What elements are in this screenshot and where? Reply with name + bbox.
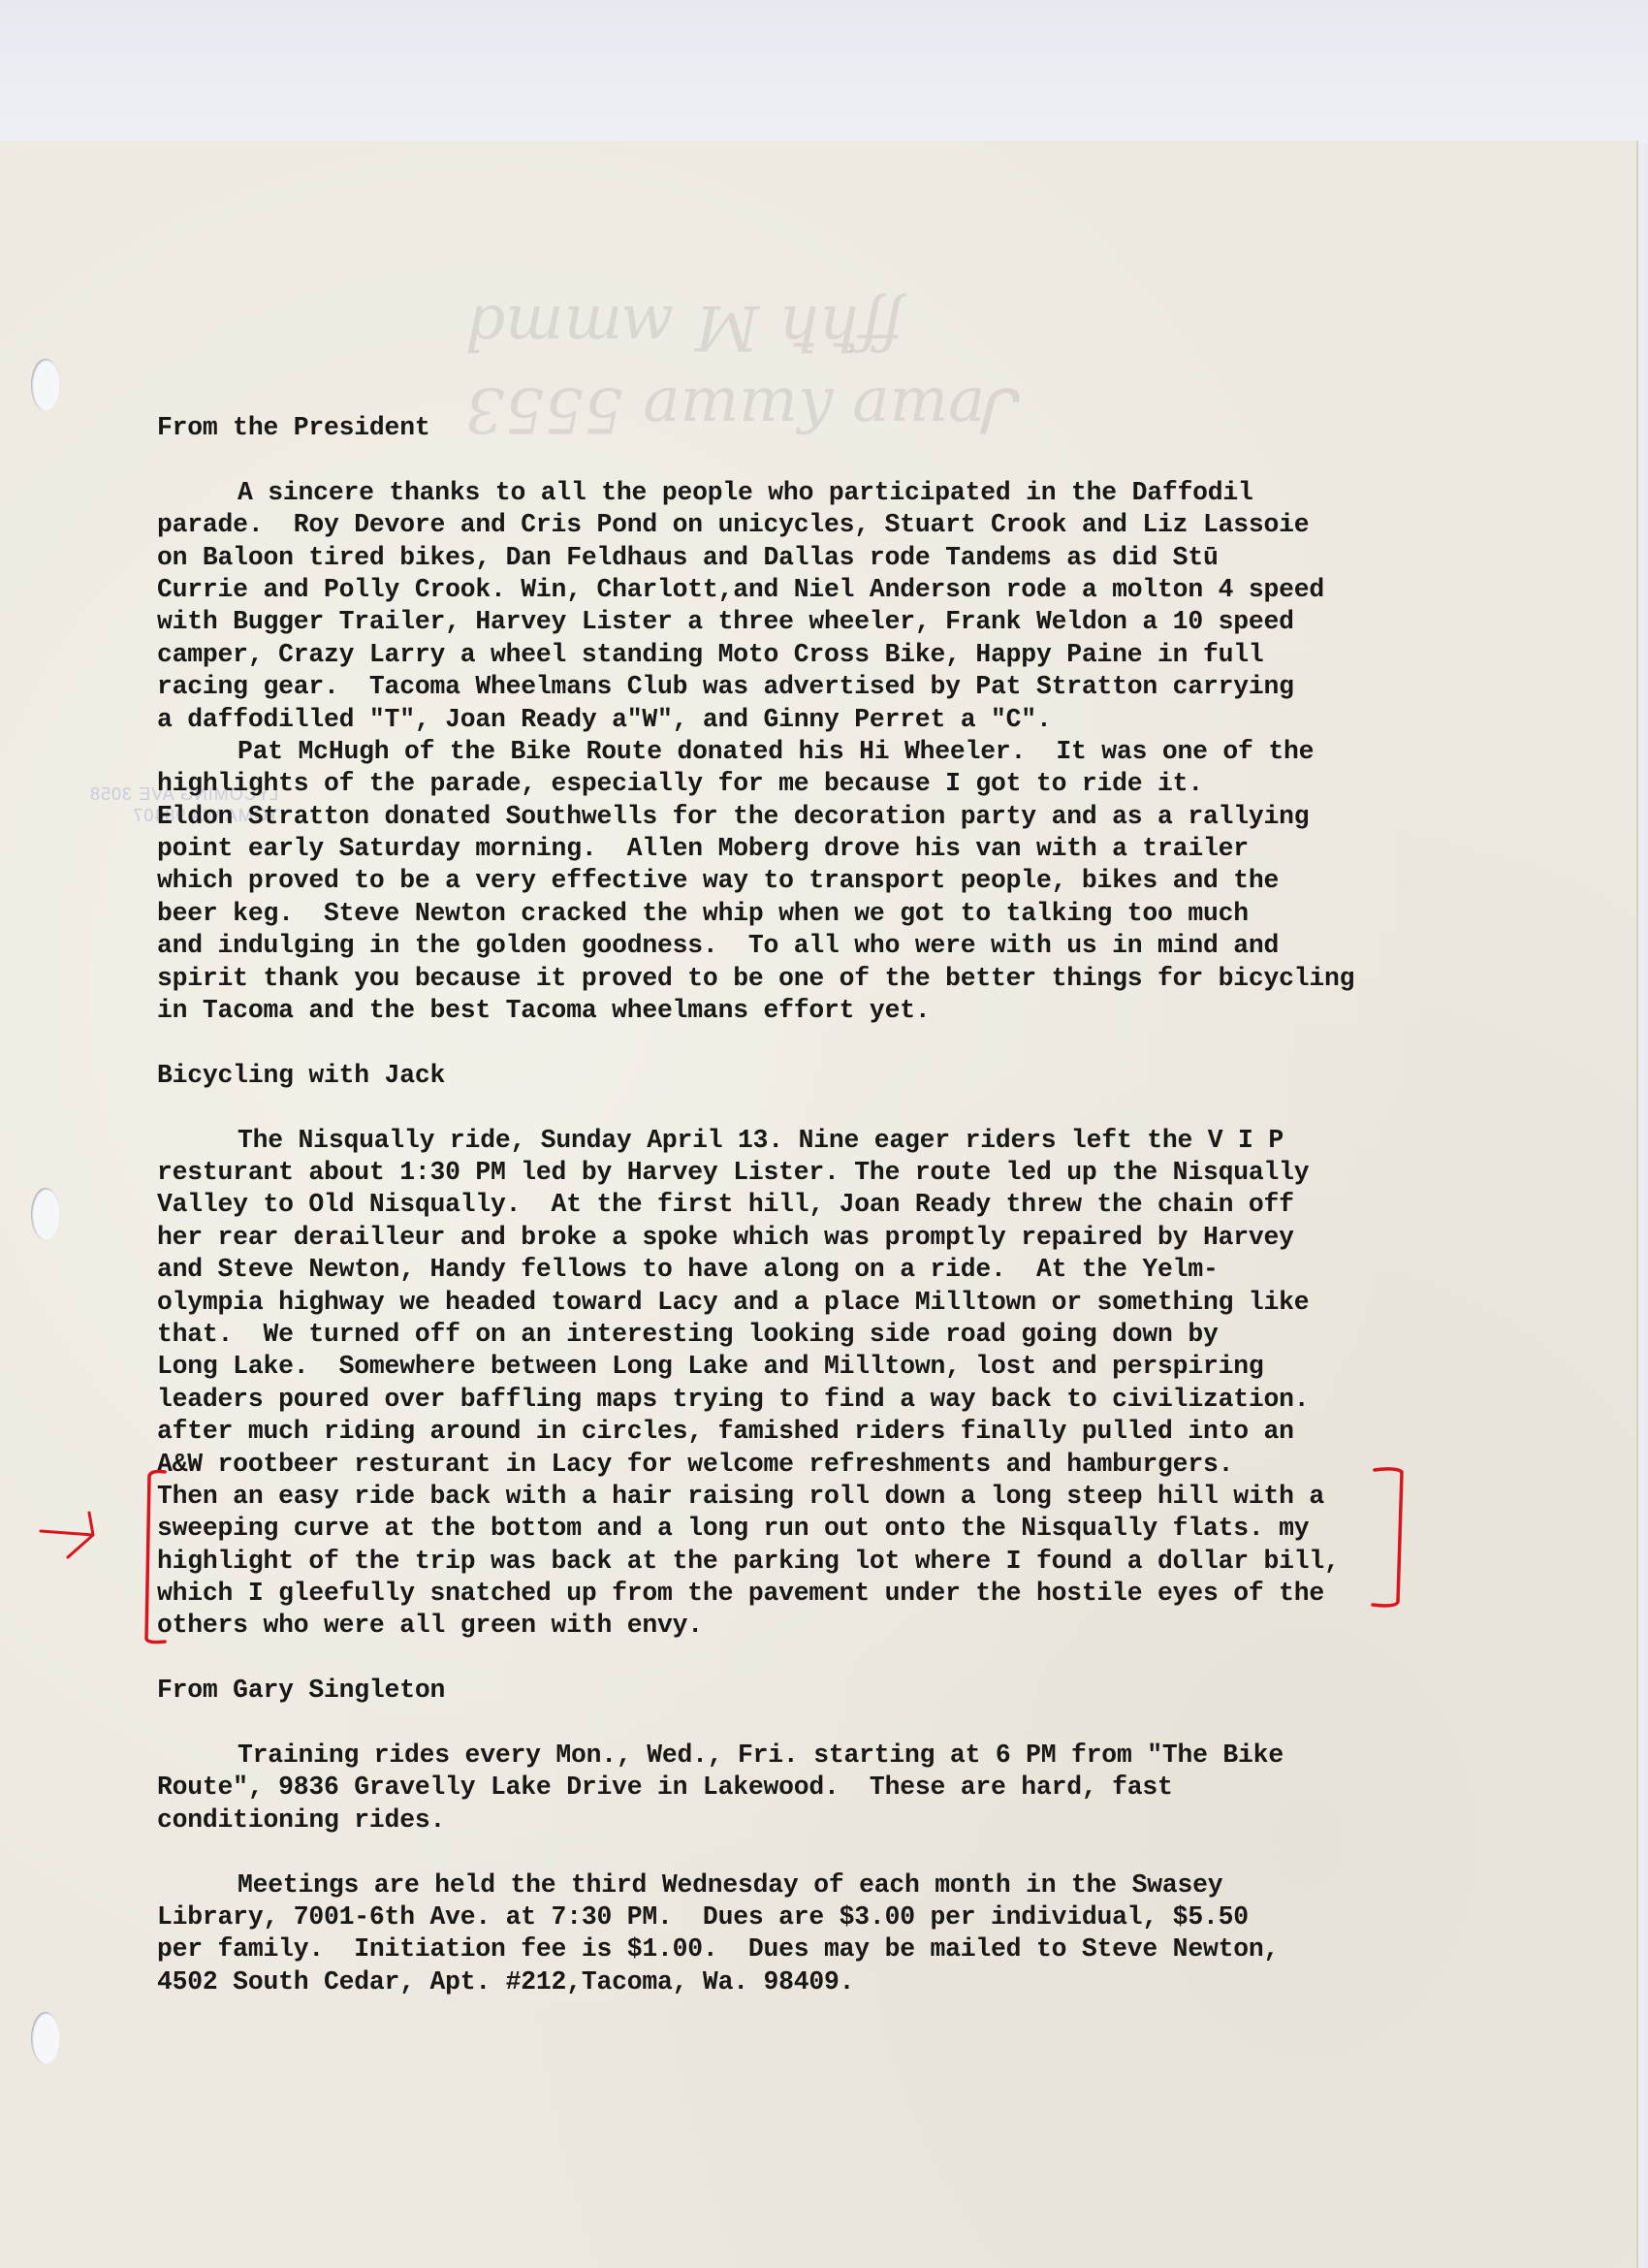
paragraph: Pat McHugh of the Bike Route donated his…	[157, 736, 1466, 1028]
scanner-background	[0, 0, 1648, 144]
text-line: conditioning rides.	[157, 1805, 1466, 1837]
blank-line	[157, 1027, 1466, 1059]
section-heading: From Gary Singleton	[157, 1675, 1466, 1707]
text-line: point early Saturday morning. Allen Mobe…	[157, 833, 1466, 865]
text-line: parade. Roy Devore and Cris Pond on unic…	[157, 509, 1466, 541]
paragraph: A sincere thanks to all the people who p…	[157, 477, 1466, 736]
text-line: The Nisqually ride, Sunday April 13. Nin…	[157, 1125, 1466, 1157]
text-line: resturant about 1:30 PM led by Harvey Li…	[157, 1157, 1466, 1189]
document-body: From the PresidentA sincere thanks to al…	[157, 412, 1466, 1998]
paragraph: The Nisqually ride, Sunday April 13. Nin…	[157, 1125, 1466, 1643]
text-line: which I gleefully snatched up from the p…	[157, 1578, 1466, 1610]
blank-line	[157, 444, 1466, 476]
text-line: others who were all green with envy.	[157, 1610, 1466, 1642]
text-line: her rear derailleur and broke a spoke wh…	[157, 1222, 1466, 1254]
text-line: Long Lake. Somewhere between Long Lake a…	[157, 1351, 1466, 1383]
paragraph: Meetings are held the third Wednesday of…	[157, 1869, 1466, 1999]
text-line: highlight of the trip was back at the pa…	[157, 1546, 1466, 1578]
text-line: Training rides every Mon., Wed., Fri. st…	[157, 1740, 1466, 1772]
text-line: on Baloon tired bikes, Dan Feldhaus and …	[157, 542, 1466, 574]
section-heading: Bicycling with Jack	[157, 1060, 1466, 1092]
blank-line	[157, 1837, 1466, 1869]
text-line: camper, Crazy Larry a wheel standing Mot…	[157, 639, 1466, 671]
text-line: after much riding around in circles, fam…	[157, 1416, 1466, 1448]
punch-hole-bottom	[31, 2012, 60, 2064]
text-line: Meetings are held the third Wednesday of…	[157, 1869, 1466, 1901]
blank-line	[157, 1643, 1466, 1675]
text-line: with Bugger Trailer, Harvey Lister a thr…	[157, 606, 1466, 638]
text-line: in Tacoma and the best Tacoma wheelmans …	[157, 995, 1466, 1027]
text-line: olympia highway we headed toward Lacy an…	[157, 1287, 1466, 1319]
text-line: highlights of the parade, especially for…	[157, 768, 1466, 800]
text-line: leaders poured over baffling maps trying…	[157, 1384, 1466, 1416]
text-line: beer keg. Steve Newton cracked the whip …	[157, 898, 1466, 930]
blank-line	[157, 1708, 1466, 1740]
text-line: spirit thank you because it proved to be…	[157, 963, 1466, 995]
text-line: and indulging in the golden goodness. To…	[157, 930, 1466, 962]
punch-hole-middle	[31, 1188, 60, 1240]
paragraph: Training rides every Mon., Wed., Fri. st…	[157, 1740, 1466, 1837]
text-line: Pat McHugh of the Bike Route donated his…	[157, 736, 1466, 768]
blank-line	[157, 1092, 1466, 1124]
text-line: 4502 South Cedar, Apt. #212,Tacoma, Wa. …	[157, 1966, 1466, 1998]
text-line: Valley to Old Nisqually. At the first hi…	[157, 1189, 1466, 1221]
section-heading: From the President	[157, 412, 1466, 444]
text-line: and Steve Newton, Handy fellows to have …	[157, 1254, 1466, 1286]
text-line: Eldon Stratton donated Southwells for th…	[157, 801, 1466, 833]
punch-hole-top	[31, 359, 60, 411]
text-line: that. We turned off on an interesting lo…	[157, 1319, 1466, 1351]
text-line: a daffodilled "T", Joan Ready a"W", and …	[157, 704, 1466, 736]
text-line: Route", 9836 Gravelly Lake Drive in Lake…	[157, 1772, 1466, 1804]
pencil-bleedthrough: ffħħ M ʍmmd	[465, 291, 903, 363]
text-line: racing gear. Tacoma Wheelmans Club was a…	[157, 671, 1466, 703]
text-line: A sincere thanks to all the people who p…	[157, 477, 1466, 509]
text-line: Library, 7001-6th Ave. at 7:30 PM. Dues …	[157, 1901, 1466, 1933]
text-line: sweeping curve at the bottom and a long …	[157, 1513, 1466, 1545]
text-line: A&W rootbeer resturant in Lacy for welco…	[157, 1449, 1466, 1481]
text-line: which proved to be a very effective way …	[157, 865, 1466, 897]
text-line: Currie and Polly Crook. Win, Charlott,an…	[157, 574, 1466, 606]
text-line: Then an easy ride back with a hair raisi…	[157, 1481, 1466, 1513]
text-line: per family. Initiation fee is $1.00. Due…	[157, 1933, 1466, 1965]
